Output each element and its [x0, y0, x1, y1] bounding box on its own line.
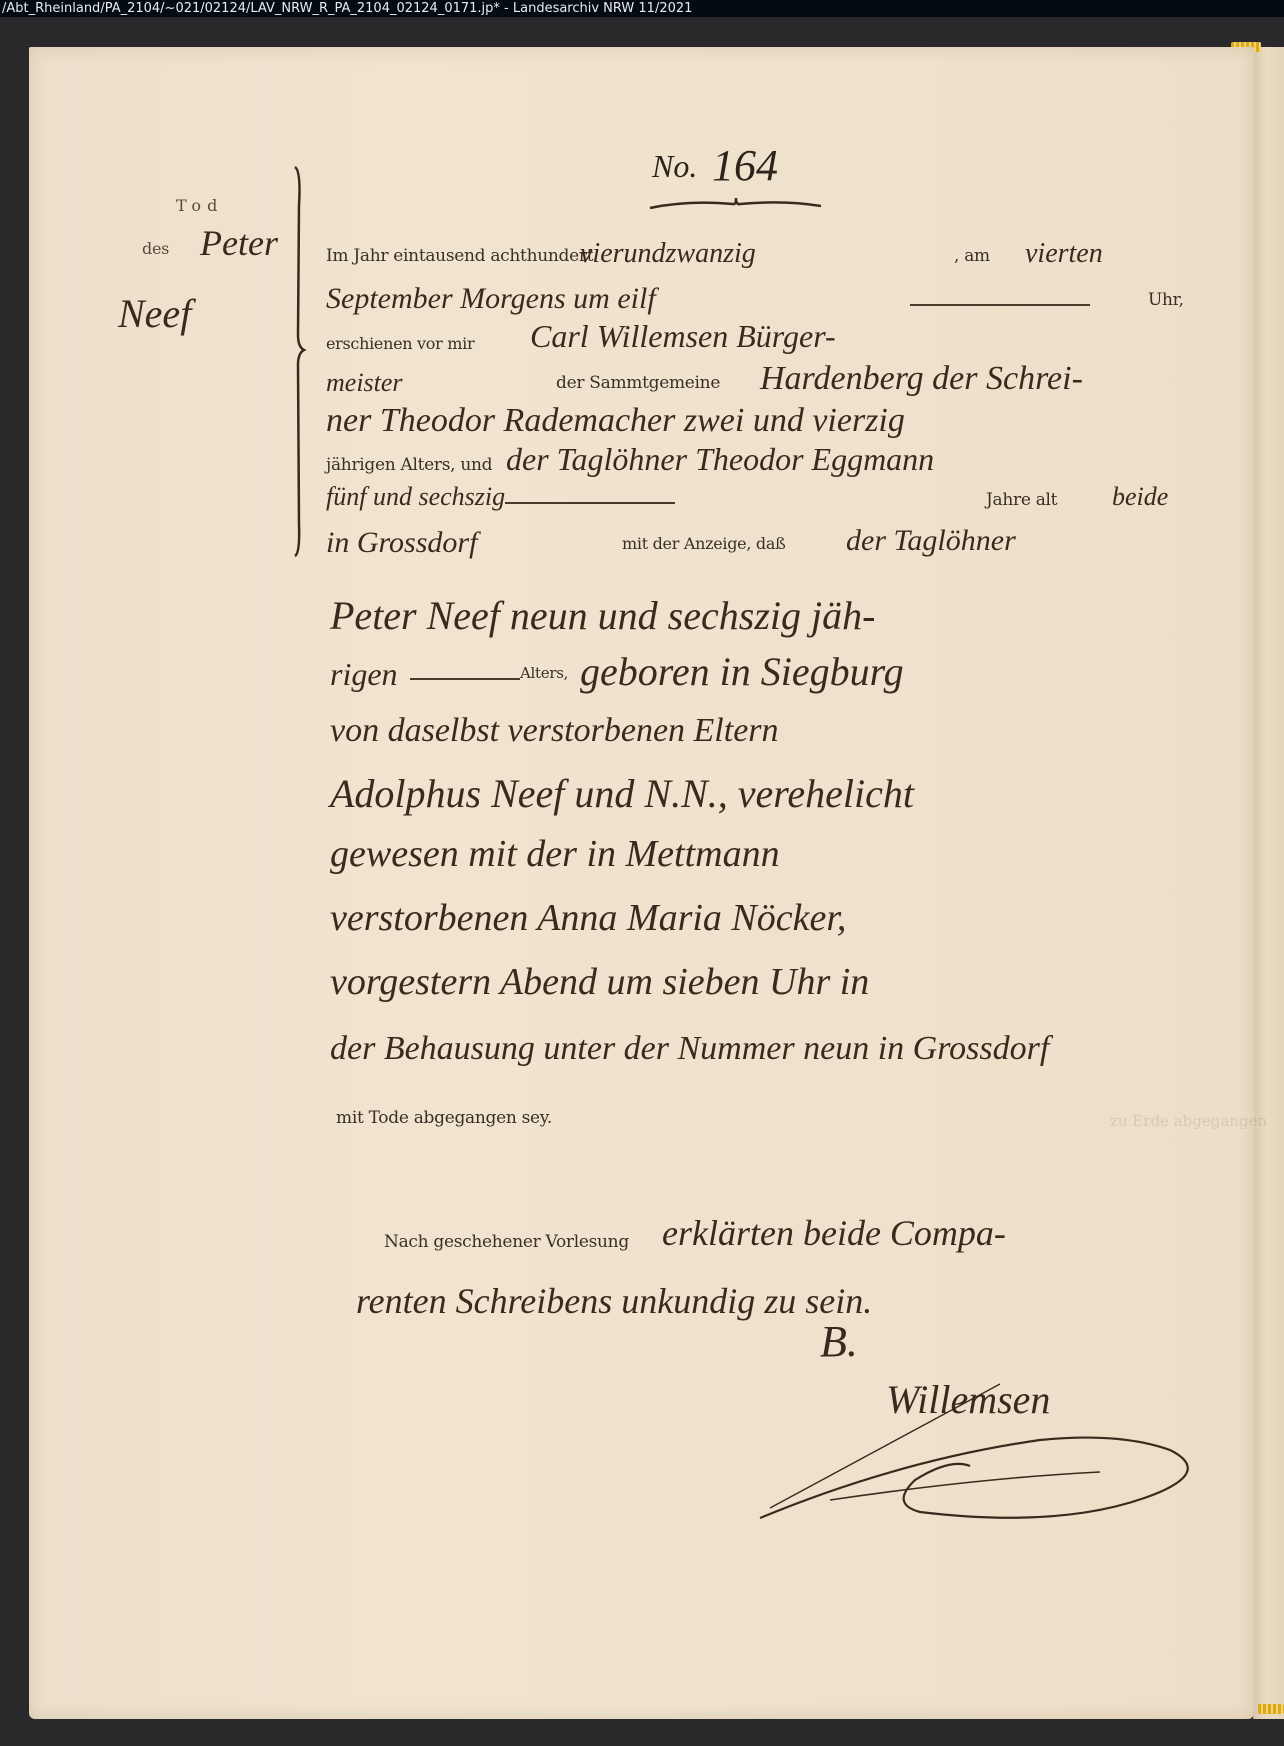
bleed-through-text: zu Erde abgegangen	[1110, 1112, 1267, 1130]
margin-heading-tod: Tod	[176, 196, 223, 215]
printed-line-1: Im Jahr eintausend achthundert	[326, 246, 593, 266]
gilt-edge-bottom	[1258, 1704, 1284, 1714]
hand-line-14-spouse-name: verstorbenen Anna Maria Nöcker,	[330, 896, 846, 940]
printed-line-3: erschienen vor mir	[326, 334, 474, 353]
window-title-bar: /Abt_Rheinland/PA_2104/~021/02124/LAV_NR…	[0, 0, 1284, 17]
printed-line-17: mit Tode abgegangen sey.	[336, 1108, 552, 1128]
signature-flourish	[740, 1380, 1220, 1530]
margin-heading-des: des	[142, 239, 169, 258]
hand-closing-line-1: erklärten beide Compa-	[662, 1212, 1006, 1254]
hand-line-6-witness-2: der Taglöhner Theodor Eggmann	[506, 441, 934, 478]
hand-line-7-beide: beide	[1112, 482, 1168, 512]
filler-dash-line-10	[410, 678, 520, 680]
hand-line-8-place: in Grossdorf	[326, 526, 477, 560]
hand-line-9-deceased: Peter Neef neun und sechszig jäh-	[330, 592, 875, 639]
hand-line-13-spouse: gewesen mit der in Mettmann	[330, 832, 780, 876]
hand-line-16-house: der Behausung unter der Nummer neun in G…	[330, 1030, 1049, 1068]
hand-line-8-occupation: der Taglöhner	[846, 524, 1016, 558]
hand-line-4-meister: meister	[326, 368, 403, 398]
hand-line-11-parents: von daselbst verstorbenen Eltern	[330, 712, 779, 750]
margin-brace	[293, 165, 307, 558]
hand-line-1-year: vierundzwanzig	[580, 238, 756, 270]
hand-line-10-rigen: rigen	[330, 656, 398, 693]
printed-line-6: jährigen Alters, und	[326, 455, 492, 475]
signature-initial: B.	[820, 1316, 858, 1367]
entry-number-prefix: No.	[652, 148, 697, 185]
printed-line-7-jahre-alt: Jahre alt	[986, 490, 1057, 510]
printed-line-8: mit der Anzeige, daß	[622, 534, 785, 553]
hand-line-5-witness-1: ner Theodor Rademacher zwei und vierzig	[326, 402, 905, 440]
hand-line-1-day: vierten	[1025, 238, 1103, 270]
hand-line-2-month-time: September Morgens um eilf	[326, 282, 656, 316]
printed-line-10-alters: Alters,	[520, 664, 568, 682]
hand-line-3-mayor: Carl Willemsen Bürger-	[530, 318, 836, 355]
printed-closing: Nach geschehener Vorlesung	[384, 1232, 629, 1252]
entry-number-underline-brace	[648, 196, 823, 210]
hand-closing-line-2: renten Schreibens unkundig zu sein.	[356, 1280, 872, 1322]
filler-dash-line-7	[505, 502, 675, 504]
hand-line-7-age: fünf und sechszig	[326, 482, 505, 512]
margin-first-name: Peter	[200, 222, 278, 264]
hand-line-4-place: Hardenberg der Schrei-	[760, 360, 1083, 398]
window-title: /Abt_Rheinland/PA_2104/~021/02124/LAV_NR…	[2, 1, 692, 16]
hand-line-12-father: Adolphus Neef und N.N., verehelicht	[330, 770, 914, 817]
printed-line-4: der Sammtgemeine	[556, 373, 720, 393]
book-page-edge	[1253, 47, 1284, 1719]
entry-number: 164	[712, 140, 778, 191]
filler-dash-line-2	[910, 304, 1090, 306]
hand-line-15-time: vorgestern Abend um sieben Uhr in	[330, 960, 869, 1004]
printed-line-2-uhr: Uhr,	[1148, 290, 1184, 310]
margin-surname: Neef	[118, 290, 191, 337]
printed-line-1-am: , am	[954, 246, 990, 266]
hand-line-10-birthplace: geboren in Siegburg	[580, 648, 904, 695]
